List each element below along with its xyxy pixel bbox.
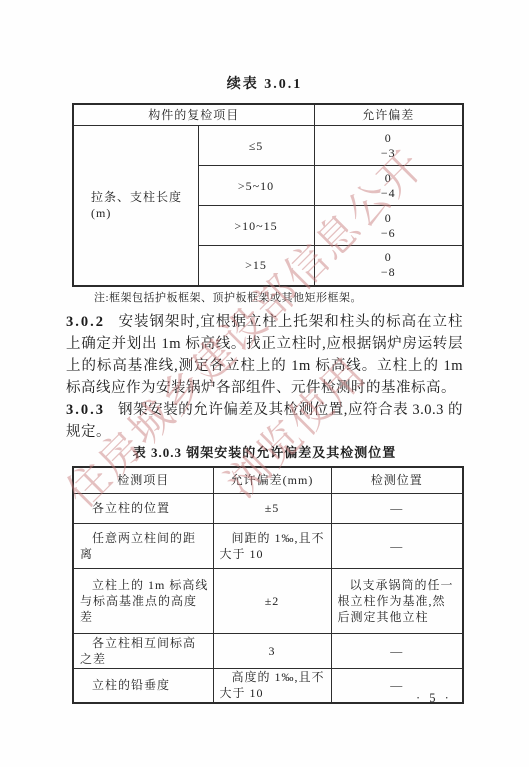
t1-range-cell: >15 [198, 246, 314, 286]
t2-header-item: 检测项目 [73, 467, 213, 494]
deviation-lower: −6 [315, 226, 463, 241]
t1-deviation-cell: 0 −3 [314, 126, 463, 166]
t1-header-deviation: 允许偏差 [314, 104, 463, 126]
page-content: 续表 3.0.1 构件的复检项目 允许偏差 拉条、支柱长度(m) ≤5 0 −3… [66, 76, 463, 704]
t2-position-cell: — [331, 493, 463, 523]
table-row: 各立柱的位置 ±5 — [73, 493, 463, 523]
t2-deviation-cell: 间距的 1‰,且不大于 10 [213, 523, 331, 568]
deviation-upper: 0 [315, 211, 463, 226]
table-row: 拉条、支柱长度(m) ≤5 0 −3 [73, 126, 463, 166]
deviation-lower: −3 [315, 146, 463, 161]
clauses-block: 3.0.2安装钢架时,宜根据立柱上托架和柱头的标高在立柱上确定并划出 1m 标高… [66, 311, 463, 443]
clause-text: 安装钢架时,宜根据立柱上托架和柱头的标高在立柱上确定并划出 1m 标高线。找正立… [66, 314, 463, 396]
t2-header-deviation: 允许偏差(mm) [213, 467, 331, 494]
clause-3-0-3: 3.0.3钢架安装的允许偏差及其检测位置,应符合表 3.0.3 的规定。 [66, 399, 463, 443]
t1-deviation-cell: 0 −4 [314, 166, 463, 206]
clause-number: 3.0.3 [66, 402, 118, 418]
deviation-lower: −4 [315, 186, 463, 201]
table-row: 各立柱相互间标高之差 3 — [73, 633, 463, 668]
table-continued-caption: 续表 3.0.1 [66, 76, 463, 94]
t2-deviation-cell: 3 [213, 633, 331, 668]
deviation-lower: −8 [315, 265, 463, 280]
page-number: · 5 · [416, 691, 452, 706]
t2-deviation-cell: 高度的 1‰,且不大于 10 [213, 668, 331, 703]
document-page: 续表 3.0.1 构件的复检项目 允许偏差 拉条、支柱长度(m) ≤5 0 −3… [0, 0, 529, 767]
deviation-upper: 0 [315, 171, 463, 186]
clause-text: 钢架安装的允许偏差及其检测位置,应符合表 3.0.3 的规定。 [66, 402, 463, 440]
t2-deviation-cell: ±2 [213, 568, 331, 633]
table-note: 注:框架包括护板框架、顶护板框架或其他矩形框架。 [94, 291, 463, 305]
t2-item-cell: 任意两立柱间的距离 [73, 523, 213, 568]
t2-header-position: 检测位置 [331, 467, 463, 494]
table-row: 立柱的铅垂度 高度的 1‰,且不大于 10 — [73, 668, 463, 703]
deviation-upper: 0 [315, 250, 463, 265]
deviation-upper: 0 [315, 131, 463, 146]
clause-number: 3.0.2 [66, 314, 118, 330]
table-3-0-3: 检测项目 允许偏差(mm) 检测位置 各立柱的位置 ±5 — 任意两立柱间的距离… [72, 466, 464, 705]
table-3-0-1-continued: 构件的复检项目 允许偏差 拉条、支柱长度(m) ≤5 0 −3 >5~10 0 … [72, 103, 464, 287]
t1-deviation-cell: 0 −6 [314, 206, 463, 246]
t2-item-cell: 各立柱相互间标高之差 [73, 633, 213, 668]
t1-header-items: 构件的复检项目 [73, 104, 314, 126]
t2-item-cell: 立柱上的 1m 标高线与标高基准点的高度差 [73, 568, 213, 633]
table-header-row: 构件的复检项目 允许偏差 [73, 104, 463, 126]
table-3-0-3-caption: 表 3.0.3 钢架安装的允许偏差及其检测位置 [66, 445, 463, 461]
t1-range-cell: ≤5 [198, 126, 314, 166]
t2-item-cell: 立柱的铅垂度 [73, 668, 213, 703]
table-header-row: 检测项目 允许偏差(mm) 检测位置 [73, 467, 463, 494]
t2-deviation-cell: ±5 [213, 493, 331, 523]
t2-position-cell: 以支承锅筒的任一根立柱作为基准,然后测定其他立柱 [331, 568, 463, 633]
t1-range-cell: >5~10 [198, 166, 314, 206]
t1-deviation-cell: 0 −8 [314, 246, 463, 286]
t2-position-cell: — [331, 523, 463, 568]
t1-row-group-label: 拉条、支柱长度(m) [73, 126, 198, 286]
t2-position-cell: — [331, 633, 463, 668]
table-row: 任意两立柱间的距离 间距的 1‰,且不大于 10 — [73, 523, 463, 568]
t1-range-cell: >10~15 [198, 206, 314, 246]
t2-item-cell: 各立柱的位置 [73, 493, 213, 523]
table-row: 立柱上的 1m 标高线与标高基准点的高度差 ±2 以支承锅筒的任一根立柱作为基准… [73, 568, 463, 633]
clause-3-0-2: 3.0.2安装钢架时,宜根据立柱上托架和柱头的标高在立柱上确定并划出 1m 标高… [66, 311, 463, 399]
